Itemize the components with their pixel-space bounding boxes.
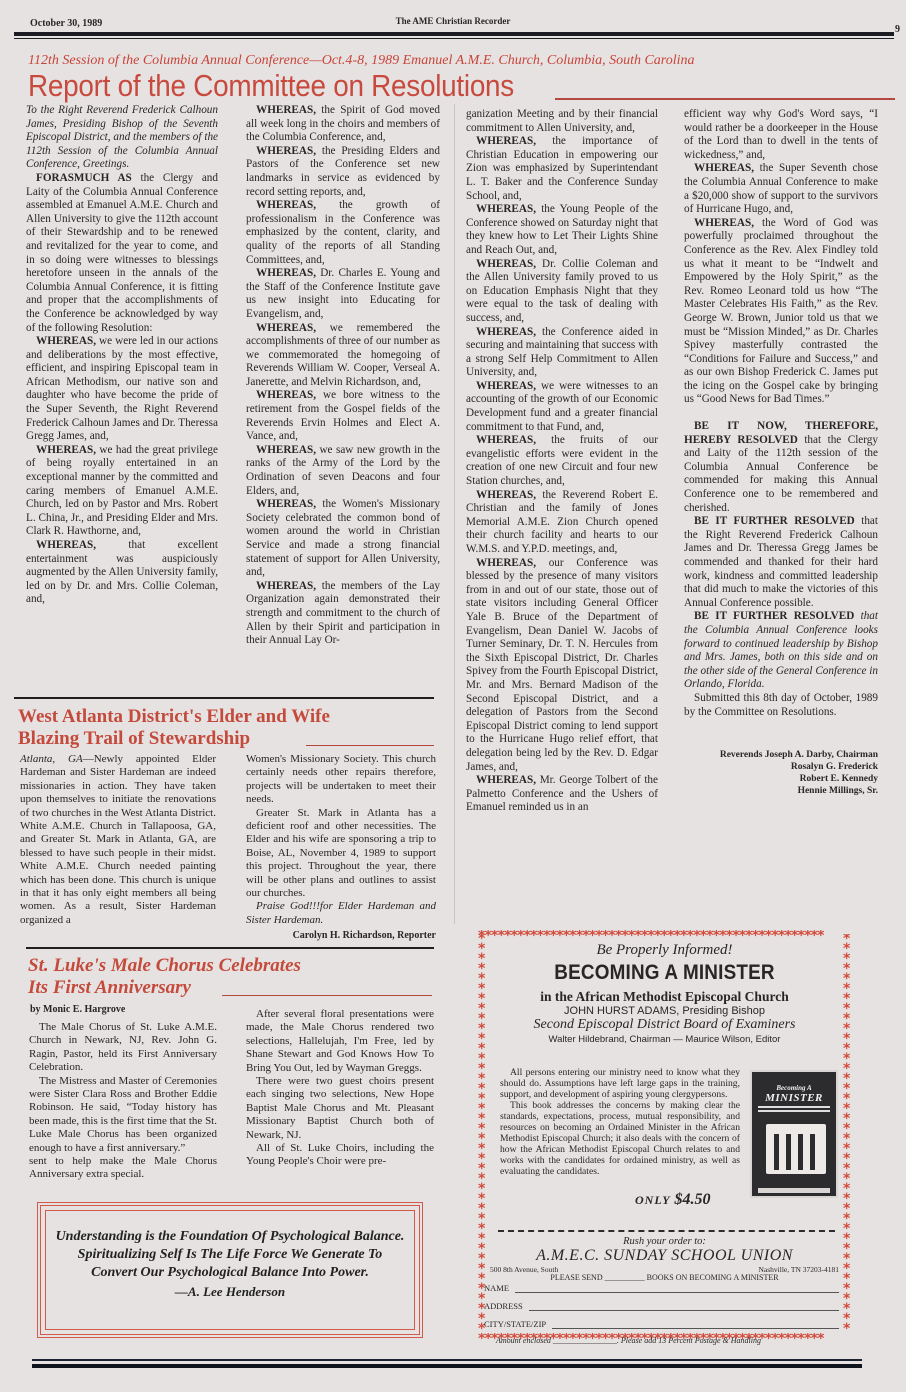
- headline-rule: [222, 995, 432, 996]
- paragraph: This book addresses the concerns by maki…: [500, 1100, 740, 1177]
- whereas-label: WHEREAS,: [36, 335, 96, 347]
- whereas-label: WHEREAS,: [476, 489, 536, 501]
- ad-body: All persons entering our ministry need t…: [500, 1067, 740, 1177]
- book-cover-title: MINISTER: [752, 1092, 836, 1104]
- ad-tagline: Be Properly Informed!: [490, 942, 839, 959]
- masthead-rule: [14, 32, 894, 36]
- paragraph: the Clergy and Laity of the Columbia Ann…: [26, 172, 218, 334]
- paragraph: The Male Chorus of St. Luke A.M.E. Churc…: [29, 1021, 217, 1075]
- address-field[interactable]: ADDRESS: [484, 1301, 839, 1311]
- name-input-line[interactable]: [515, 1284, 839, 1293]
- whereas-label: WHEREAS,: [256, 580, 316, 592]
- paragraph: efficient way why God's Word says, “I wo…: [684, 108, 878, 162]
- whereas-label: WHEREAS,: [476, 774, 536, 786]
- whereas-label: WHEREAS,: [256, 267, 316, 279]
- whereas-label: WHEREAS,: [256, 322, 316, 334]
- dateline: Atlanta, GA: [20, 753, 83, 765]
- ad-board: Second Episcopal District Board of Exami…: [490, 1017, 839, 1033]
- publication-name: The AME Christian Recorder: [0, 16, 906, 26]
- section-rule: [14, 697, 434, 699]
- publisher-name: A.M.E.C. SUNDAY SCHOOL UNION: [490, 1247, 839, 1265]
- name-field[interactable]: NAME: [484, 1283, 839, 1293]
- session-kicker: 112th Session of the Columbia Annual Con…: [28, 53, 695, 69]
- field-label: NAME: [484, 1283, 509, 1293]
- whereas-label: WHEREAS,: [256, 498, 316, 510]
- paragraph: our Conference was blessed by the presen…: [466, 557, 658, 773]
- book-cover-rule: [758, 1110, 830, 1112]
- whereas-label: WHEREAS,: [256, 145, 316, 157]
- city-state-zip-field[interactable]: CITY/STATE/ZIP: [484, 1319, 839, 1329]
- paragraph: the Word of God was powerfully proclaime…: [684, 217, 878, 406]
- st-luke-column-1: The Male Chorus of St. Luke A.M.E. Churc…: [29, 1021, 217, 1182]
- paragraph: sent to help make the Male Chorus Annive…: [29, 1155, 217, 1182]
- whereas-label: WHEREAS,: [256, 199, 316, 211]
- amount-enclosed-line: Amount enclosed ________________. Please…: [496, 1336, 839, 1345]
- ad-editors: Walter Hildebrand, Chairman — Maurice Wi…: [490, 1034, 839, 1045]
- resolutions-headline: Report of the Committee on Resolutions: [28, 68, 514, 104]
- order-instruction: Rush your order to:: [490, 1236, 839, 1247]
- headline-line: St. Luke's Male Chorus Celebrates: [28, 955, 448, 977]
- column-divider: [454, 104, 455, 924]
- resolved-label: BE IT FURTHER RESOLVED: [694, 515, 855, 527]
- paragraph: There were two guest choirs present each…: [246, 1075, 434, 1142]
- paragraph: —Newly appointed Elder Hardeman and Sist…: [20, 753, 216, 926]
- west-atlanta-column-1: Atlanta, GA—Newly appointed Elder Hardem…: [20, 753, 216, 927]
- whereas-label: WHEREAS,: [256, 444, 316, 456]
- asterisk-border-right: ****************************************: [843, 934, 853, 1341]
- masthead-rule-thin: [14, 38, 894, 39]
- ad-title: BECOMING A MINISTER: [507, 961, 821, 985]
- ad-bishop: JOHN HURST ADAMS, Presiding Bishop: [490, 1005, 839, 1017]
- price-value: $4.50: [675, 1191, 711, 1208]
- signers-list: Reverends Joseph A. Darby, Chairman Rosa…: [684, 749, 878, 797]
- quantity-line: PLEASE SEND __________ BOOKS ON BECOMING…: [490, 1273, 839, 1282]
- st-luke-column-2: After several floral presentations were …: [246, 1008, 434, 1169]
- paragraph: Greater St. Mark in Atlanta has a defici…: [246, 807, 436, 901]
- asterisk-border-left: ****************************************: [478, 934, 488, 1341]
- whereas-label: WHEREAS,: [476, 258, 536, 270]
- whereas-label: WHEREAS,: [694, 162, 754, 174]
- paragraph: Praise God!!!for Elder Hardeman and Sist…: [246, 900, 436, 927]
- cut-line: [498, 1230, 835, 1232]
- headline-rule: [555, 98, 895, 100]
- book-cover-rule: [758, 1106, 830, 1108]
- whereas-label: WHEREAS,: [256, 104, 316, 116]
- ad-content: Be Properly Informed! BECOMING A MINISTE…: [490, 940, 839, 1335]
- paragraph: that the Right Reverend Frederick Calhou…: [684, 515, 878, 609]
- whereas-label: WHEREAS,: [256, 389, 316, 401]
- paragraph: The Mistress and Master of Ceremonies we…: [29, 1075, 217, 1155]
- whereas-label: WHEREAS,: [476, 135, 536, 147]
- signer: Robert E. Kennedy: [684, 773, 878, 785]
- quote-text: Understanding is the Foundation Of Psych…: [41, 1228, 419, 1282]
- book-advertisement: ****************************************…: [478, 930, 853, 1345]
- paragraph: All persons entering our ministry need t…: [500, 1067, 740, 1100]
- whereas-label: WHEREAS,: [36, 444, 96, 456]
- quote-box: Understanding is the Foundation Of Psych…: [37, 1202, 423, 1338]
- paragraph: ganization Meeting and by their financia…: [466, 108, 658, 135]
- paragraph: we had the great privilege of being roya…: [26, 444, 218, 538]
- address-input-line[interactable]: [529, 1302, 839, 1311]
- whereas-label: WHEREAS,: [476, 326, 536, 338]
- reporter-credit: Carolyn H. Richardson, Reporter: [246, 929, 436, 942]
- footer-rule: [32, 1359, 862, 1361]
- paragraph: Women's Missionary Society. This church …: [246, 753, 436, 807]
- whereas-label: WHEREAS,: [476, 203, 536, 215]
- paragraph: After several floral presentations were …: [246, 1008, 434, 1075]
- page-number: 9: [895, 24, 900, 35]
- resolutions-column-4: efficient way why God's Word says, “I wo…: [684, 108, 878, 797]
- ad-subtitle: in the African Methodist Episcopal Churc…: [490, 989, 839, 1005]
- book-cover-title: Becoming A: [752, 1084, 836, 1092]
- resolutions-column-1: To the Right Reverend Frederick Calhoun …: [26, 104, 218, 607]
- headline-rule: [306, 745, 434, 746]
- footer-rule-thick: [32, 1364, 862, 1368]
- st-luke-headline: St. Luke's Male Chorus Celebrates Its Fi…: [28, 955, 448, 999]
- section-rule: [26, 947, 434, 949]
- resolved-label: BE IT FURTHER RESOLVED: [694, 610, 854, 622]
- headline-line: Blazing Trail of Stewardship: [18, 728, 438, 750]
- signer: Reverends Joseph A. Darby, Chairman: [684, 749, 878, 761]
- signer: Rosalyn G. Frederick: [684, 761, 878, 773]
- pulpit-icon: [766, 1124, 826, 1174]
- headline-line: West Atlanta District's Elder and Wife: [18, 706, 438, 728]
- west-atlanta-headline: West Atlanta District's Elder and Wife B…: [18, 706, 438, 750]
- resolutions-column-2: WHEREAS, the Spirit of God moved all wee…: [246, 104, 440, 648]
- lead-word: FORASMUCH AS: [36, 172, 132, 184]
- whereas-label: WHEREAS,: [694, 217, 754, 229]
- book-cover-image: Becoming A MINISTER: [750, 1070, 838, 1198]
- paragraph: All of St. Luke Choirs, including the Yo…: [246, 1142, 434, 1169]
- resolutions-column-3: ganization Meeting and by their financia…: [466, 108, 658, 815]
- quote-author: —A. Lee Henderson: [41, 1283, 419, 1301]
- salutation: To the Right Reverend Frederick Calhoun …: [26, 104, 218, 172]
- whereas-label: WHEREAS,: [36, 539, 96, 551]
- paragraph: we were led in our actions and deliberat…: [26, 335, 218, 442]
- signer: Hennie Millings, Sr.: [684, 785, 878, 797]
- field-label: CITY/STATE/ZIP: [484, 1319, 546, 1329]
- whereas-label: WHEREAS,: [476, 434, 536, 446]
- west-atlanta-column-2: Women's Missionary Society. This church …: [246, 753, 436, 943]
- field-label: ADDRESS: [484, 1301, 523, 1311]
- price: ONLY $4.50: [635, 1191, 711, 1209]
- byline: by Monic E. Hargrove: [30, 1004, 125, 1015]
- whereas-label: WHEREAS,: [476, 380, 536, 392]
- price-label: ONLY: [635, 1193, 671, 1207]
- whereas-label: WHEREAS,: [476, 557, 536, 569]
- city-input-line[interactable]: [552, 1320, 839, 1329]
- book-cover-footer: [758, 1188, 830, 1193]
- submission-note: Submitted this 8th day of October, 1989 …: [684, 692, 878, 719]
